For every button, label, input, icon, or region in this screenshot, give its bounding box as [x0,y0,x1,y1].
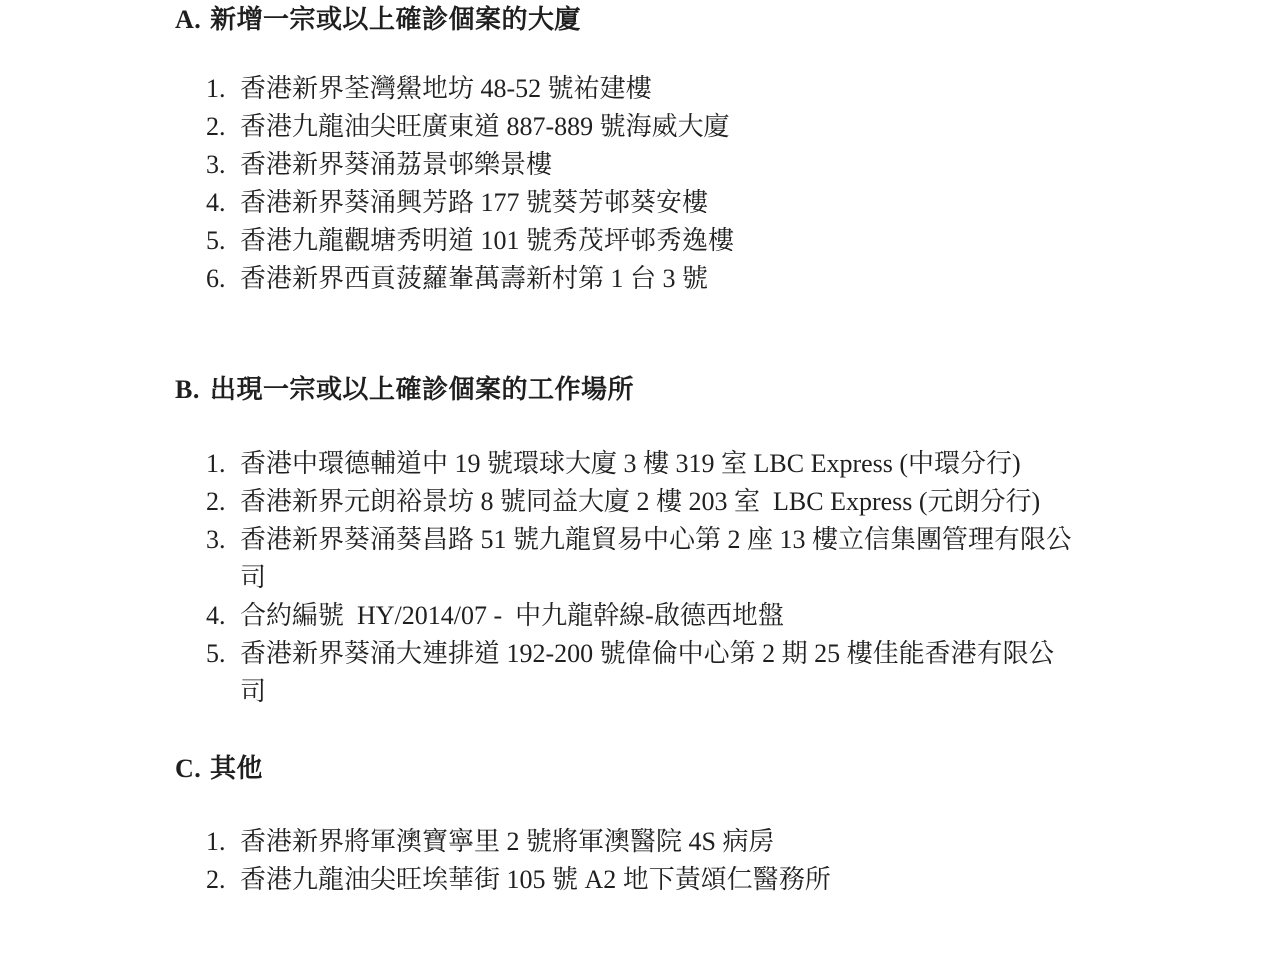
section-c-heading: C. 其他 [175,753,1280,785]
item-number: 3. [206,146,240,184]
item-number: 4. [206,597,240,635]
section-b-heading: B. 出現一宗或以上確診個案的工作場所 [175,374,1280,406]
item-number: 2. [206,483,240,521]
document-page: A. 新增一宗或以上確診個案的大廈 1. 香港新界荃灣鱟地坊 48-52 號祐建… [0,0,1280,899]
list-item: 6. 香港新界西貢菠蘿輋萬壽新村第 1 台 3 號 [175,260,1280,298]
item-number: 1. [206,70,240,108]
item-text: 香港九龍觀塘秀明道 101 號秀茂坪邨秀逸樓 [240,222,1072,260]
list-item: 4. 香港新界葵涌興芳路 177 號葵芳邨葵安樓 [175,184,1280,222]
item-number: 5. [206,635,240,711]
list-item: 2. 香港新界元朗裕景坊 8 號同益大廈 2 樓 203 室 LBC Expre… [175,483,1280,521]
list-item: 4. 合約編號 HY/2014/07 - 中九龍幹線-啟德西地盤 [175,597,1280,635]
section-c-label: C. [175,753,210,785]
item-text: 香港新界荃灣鱟地坊 48-52 號祐建樓 [240,70,1072,108]
item-text: 香港中環德輔道中 19 號環球大廈 3 樓 319 室 LBC Express … [240,445,1072,483]
item-text: 香港新界元朗裕景坊 8 號同益大廈 2 樓 203 室 LBC Express … [240,483,1072,521]
item-text: 香港九龍油尖旺廣東道 887-889 號海威大廈 [240,108,1072,146]
list-item: 5. 香港九龍觀塘秀明道 101 號秀茂坪邨秀逸樓 [175,222,1280,260]
list-item: 5. 香港新界葵涌大連排道 192-200 號偉倫中心第 2 期 25 樓佳能香… [175,635,1280,711]
item-text: 香港新界葵涌葵昌路 51 號九龍貿易中心第 2 座 13 樓立信集團管理有限公司 [240,521,1072,597]
item-number: 2. [206,108,240,146]
item-text: 香港九龍油尖旺埃華街 105 號 A2 地下黃頌仁醫務所 [240,861,1072,899]
item-number: 4. [206,184,240,222]
item-number: 1. [206,445,240,483]
item-text: 合約編號 HY/2014/07 - 中九龍幹線-啟德西地盤 [240,597,1072,635]
item-text: 香港新界葵涌大連排道 192-200 號偉倫中心第 2 期 25 樓佳能香港有限… [240,635,1072,711]
list-item: 2. 香港九龍油尖旺埃華街 105 號 A2 地下黃頌仁醫務所 [175,861,1280,899]
item-number: 2. [206,861,240,899]
list-item: 1. 香港新界將軍澳寶寧里 2 號將軍澳醫院 4S 病房 [175,823,1280,861]
list-item: 1. 香港中環德輔道中 19 號環球大廈 3 樓 319 室 LBC Expre… [175,445,1280,483]
item-number: 3. [206,521,240,597]
section-a-label: A. [175,4,210,36]
section-a-heading: A. 新增一宗或以上確診個案的大廈 [175,4,1280,36]
section-c-list: 1. 香港新界將軍澳寶寧里 2 號將軍澳醫院 4S 病房 2. 香港九龍油尖旺埃… [175,823,1280,899]
section-b-title: 出現一宗或以上確診個案的工作場所 [210,374,634,406]
item-number: 1. [206,823,240,861]
item-text: 香港新界西貢菠蘿輋萬壽新村第 1 台 3 號 [240,260,1072,298]
list-item: 1. 香港新界荃灣鱟地坊 48-52 號祐建樓 [175,70,1280,108]
section-c-title: 其他 [210,753,263,785]
list-item: 3. 香港新界葵涌荔景邨樂景樓 [175,146,1280,184]
item-text: 香港新界葵涌荔景邨樂景樓 [240,146,1072,184]
item-text: 香港新界將軍澳寶寧里 2 號將軍澳醫院 4S 病房 [240,823,1072,861]
section-b-list: 1. 香港中環德輔道中 19 號環球大廈 3 樓 319 室 LBC Expre… [175,445,1280,711]
item-number: 6. [206,260,240,298]
section-a-list: 1. 香港新界荃灣鱟地坊 48-52 號祐建樓 2. 香港九龍油尖旺廣東道 88… [175,70,1280,298]
item-text: 香港新界葵涌興芳路 177 號葵芳邨葵安樓 [240,184,1072,222]
section-b-label: B. [175,374,210,406]
item-number: 5. [206,222,240,260]
list-item: 3. 香港新界葵涌葵昌路 51 號九龍貿易中心第 2 座 13 樓立信集團管理有… [175,521,1280,597]
section-a-title: 新增一宗或以上確診個案的大廈 [210,4,581,36]
list-item: 2. 香港九龍油尖旺廣東道 887-889 號海威大廈 [175,108,1280,146]
